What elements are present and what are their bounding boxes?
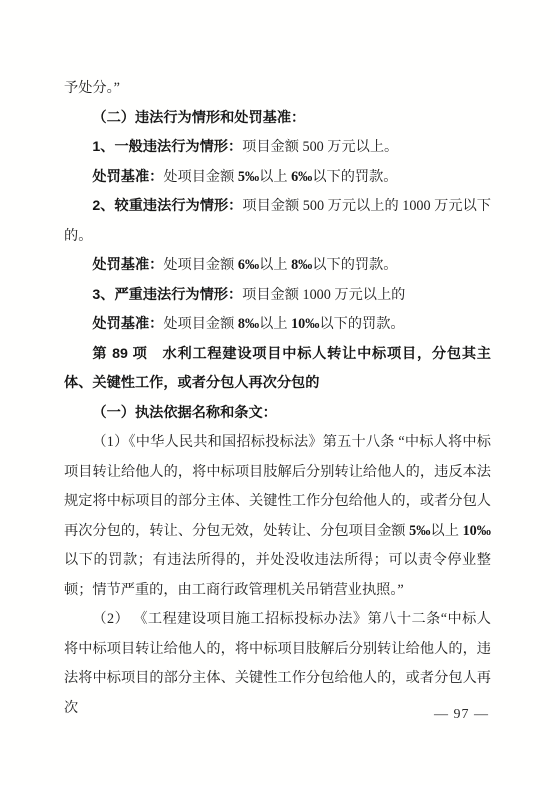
law2-text1: （2） 《工程建设项目施工招标投标办法》第八十二条“中标人将中标项目转让给他人的… <box>64 611 491 716</box>
item3-text: 项目金额 1000 万元以上的 <box>242 287 405 303</box>
penalty2-rate-low: 6‰ <box>238 257 259 273</box>
heading-legal-basis-section: （一）执法依据名称和条文： <box>64 399 491 429</box>
heading-legal-basis-text: （一）执法依据名称和条文： <box>92 405 276 421</box>
heading-penalty-section: （二）违法行为情形和处罚基准： <box>64 104 491 134</box>
penalty2-text1: 处项目金额 <box>163 257 238 273</box>
item3-label: 3、严重违法行为情形： <box>92 287 242 303</box>
paragraph-penalty2: 处罚基准：处项目金额 6‰以上 8‰以下的罚款。 <box>64 251 491 281</box>
continuation-text: 予处分。” <box>64 80 120 96</box>
law1-text3: 以下的罚款；有违法所得的，并处没收违法所得；可以责令停业整顿；情节严重的，由工商… <box>64 552 491 598</box>
item1-label: 1、一般违法行为情形： <box>92 139 242 155</box>
penalty1-text1: 处项目金额 <box>163 169 238 185</box>
paragraph-law2-construction-measures: （2） 《工程建设项目施工招标投标办法》第八十二条“中标人将中标项目转让给他人的… <box>64 605 491 723</box>
law1-text2: 以上 <box>431 523 463 539</box>
page-number: — 97 — <box>434 702 489 728</box>
heading-item-89-text: 第 89 项 水利工程建设项目中标人转让中标项目，分包其主体、关键性工作，或者分… <box>64 346 491 392</box>
heading-item-89: 第 89 项 水利工程建设项目中标人转让中标项目，分包其主体、关键性工作，或者分… <box>64 340 491 399</box>
penalty1-rate-high: 6‰ <box>291 169 312 185</box>
penalty3-text1: 处项目金额 <box>163 316 238 332</box>
document-body: 予处分。” （二）违法行为情形和处罚基准： 1、一般违法行为情形：项目金额 50… <box>64 74 491 723</box>
paragraph-law1-bidding-law: （1）《中华人民共和国招标投标法》第五十八条 “中标人将中标项目转让给他人的，将… <box>64 428 491 605</box>
penalty2-label: 处罚基准： <box>92 257 163 273</box>
penalty3-text3: 以下的罚款。 <box>319 316 404 332</box>
penalty2-text3: 以下的罚款。 <box>312 257 397 273</box>
item1-text: 项目金额 500 万元以上。 <box>242 139 398 155</box>
penalty1-label: 处罚基准： <box>92 169 163 185</box>
penalty3-rate-low: 8‰ <box>238 316 259 332</box>
penalty1-text3: 以下的罚款。 <box>312 169 397 185</box>
law1-rate-low: 5‰ <box>409 523 430 539</box>
item2-label: 2、较重违法行为情形： <box>92 198 242 214</box>
document-page: 予处分。” （二）违法行为情形和处罚基准： 1、一般违法行为情形：项目金额 50… <box>0 0 555 785</box>
penalty1-rate-low: 5‰ <box>238 169 259 185</box>
penalty3-label: 处罚基准： <box>92 316 163 332</box>
paragraph-item1-general: 1、一般违法行为情形：项目金额 500 万元以上。 <box>64 133 491 163</box>
penalty2-text2: 以上 <box>259 257 291 273</box>
penalty2-rate-high: 8‰ <box>291 257 312 273</box>
paragraph-item2-moderate: 2、较重违法行为情形：项目金额 500 万元以上的 1000 万元以下的。 <box>64 192 491 251</box>
paragraph-penalty1: 处罚基准：处项目金额 5‰以上 6‰以下的罚款。 <box>64 163 491 193</box>
penalty3-text2: 以上 <box>259 316 291 332</box>
heading-penalty-section-text: （二）违法行为情形和处罚基准： <box>92 110 305 126</box>
penalty1-text2: 以上 <box>259 169 291 185</box>
paragraph-penalty3: 处罚基准：处项目金额 8‰以上 10‰以下的罚款。 <box>64 310 491 340</box>
paragraph-continuation: 予处分。” <box>64 74 491 104</box>
penalty3-rate-high: 10‰ <box>291 316 319 332</box>
paragraph-item3-severe: 3、严重违法行为情形：项目金额 1000 万元以上的 <box>64 281 491 311</box>
law1-rate-high: 10‰ <box>463 523 491 539</box>
